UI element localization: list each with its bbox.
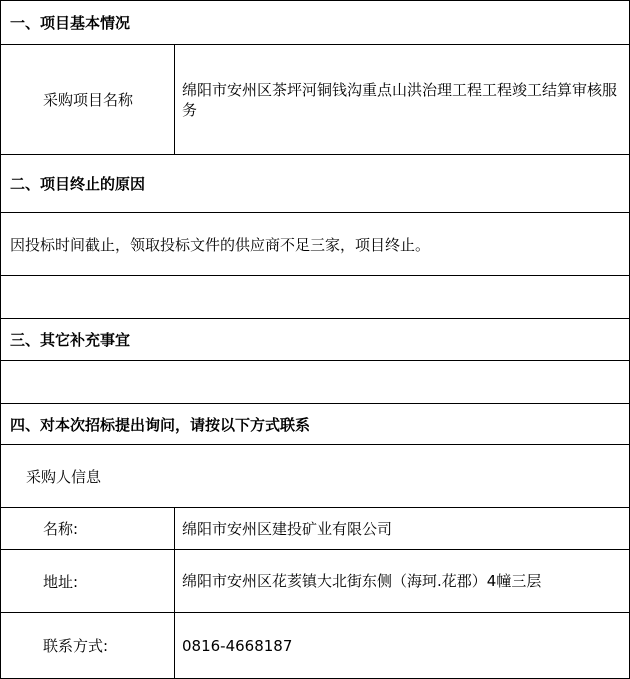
- project-name-label: 采购项目名称: [1, 45, 175, 154]
- purchaser-contact-label: 联系方式:: [1, 613, 175, 678]
- section-2-blank-row: [1, 276, 629, 319]
- purchaser-contact-row: 联系方式: 0816-4668187: [1, 613, 629, 678]
- project-name-row: 采购项目名称 绵阳市安州区茶坪河铜钱沟重点山洪治理工程工程竣工结算审核服务: [1, 45, 629, 155]
- section-2-header-row: 二、项目终止的原因: [1, 155, 629, 213]
- purchaser-address-row: 地址: 绵阳市安州区花荄镇大北街东侧（海珂.花郡）4幢三层: [1, 550, 629, 613]
- blank-cell: [1, 361, 629, 403]
- purchaser-info-subheading: 采购人信息: [1, 445, 629, 507]
- purchaser-address-value: 绵阳市安州区花荄镇大北街东侧（海珂.花郡）4幢三层: [175, 550, 629, 612]
- purchaser-name-label: 名称:: [1, 508, 175, 549]
- section-3-blank-row: [1, 361, 629, 404]
- termination-reason-text: 因投标时间截止，领取投标文件的供应商不足三家，项目终止。: [1, 213, 629, 275]
- section-1-header-row: 一、项目基本情况: [1, 1, 629, 45]
- section-3-header-row: 三、其它补充事宜: [1, 319, 629, 361]
- purchaser-address-label: 地址:: [1, 550, 175, 612]
- termination-reason-row: 因投标时间截止，领取投标文件的供应商不足三家，项目终止。: [1, 213, 629, 276]
- announcement-table: 一、项目基本情况 采购项目名称 绵阳市安州区茶坪河铜钱沟重点山洪治理工程工程竣工…: [0, 0, 630, 679]
- purchaser-name-value: 绵阳市安州区建投矿业有限公司: [175, 508, 629, 549]
- purchaser-name-row: 名称: 绵阳市安州区建投矿业有限公司: [1, 508, 629, 550]
- blank-cell: [1, 276, 629, 318]
- purchaser-info-row: 采购人信息: [1, 445, 629, 508]
- section-2-heading: 二、项目终止的原因: [1, 155, 629, 212]
- section-4-header-row: 四、对本次招标提出询问，请按以下方式联系: [1, 404, 629, 445]
- purchaser-contact-value: 0816-4668187: [175, 613, 629, 678]
- section-3-heading: 三、其它补充事宜: [1, 319, 629, 360]
- project-name-value: 绵阳市安州区茶坪河铜钱沟重点山洪治理工程工程竣工结算审核服务: [175, 45, 629, 154]
- section-1-heading: 一、项目基本情况: [1, 1, 629, 44]
- section-4-heading: 四、对本次招标提出询问，请按以下方式联系: [1, 404, 629, 444]
